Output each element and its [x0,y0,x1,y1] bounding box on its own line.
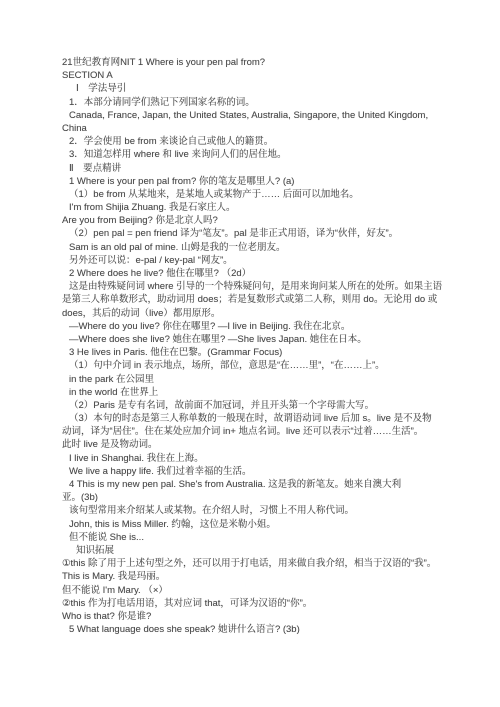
text-line-28: （3）本句的时态是第三人称单数的一般现在时，故谓语动词 live 后加 s。li… [62,412,462,425]
text-line-4: 1．本部分请同学们熟记下列国家名称的词。 [62,96,462,109]
text-line-29: 动词，译为“居住”。住在某处应加介词 in+ 地点名词。live 还可以表示“过… [62,425,462,438]
text-line-25: in the park 在公园里 [62,373,462,386]
text-line-15: Sam is an old pal of mine. 山姆是我的一位老朋友。 [62,241,462,254]
text-line-3: Ⅰ 学法导引 [62,82,462,95]
document-page: 21世纪教育网NIT 1 Where is your pen pal from?… [0,0,500,707]
text-line-6: China [62,122,462,135]
text-line-11: （1）be from 从某地来，是某地人或某物产于…… 后面可以加地名。 [62,188,462,201]
text-line-30: 此时 live 是及物动词。 [62,438,462,451]
text-line-14: （2）pen pal = pen friend 译为“笔友”。pal 是非正式用… [62,227,462,240]
text-line-27: （2）Paris 是专有名词，故前面不加冠词，并且开头第一个字母需大写。 [62,399,462,412]
text-line-10: 1 Where is your pen pal from? 你的笔友是哪里人? … [62,175,462,188]
text-line-41: 但不能说 I'm Mary. （×） [62,584,462,597]
text-line-31: I live in Shanghai. 我住在上海。 [62,452,462,465]
text-line-20: does，其后的动词（live）都用原形。 [62,307,462,320]
text-line-18: 这是由特殊疑问词 where 引导的一个特殊疑问句，是用来询问某人所在的处所。如… [62,280,462,293]
text-line-12: I'm from Shijia Zhuang. 我是石家庄人。 [62,201,462,214]
text-line-24: （1）句中介词 in 表示地点，场所，部位，意思是“在……里”，“在……上”。 [62,359,462,372]
text-line-39: ①this 除了用于上述句型之外，还可以用于打电话，用来做自我介绍，相当于汉语的… [62,557,462,570]
text-line-38: 知识拓展 [62,544,462,557]
text-line-21: —Where do you live? 你住在哪里? —I live in Be… [62,320,462,333]
text-line-7: 2．学会使用 be from 来谈论自己或他人的籍贯。 [62,135,462,148]
text-line-19: 是第三人称单数形式，助动词用 does；若是复数形式或第二人称，则用 do。无论… [62,293,462,306]
text-line-23: 3 He lives in Paris. 他住在巴黎。(Grammar Focu… [62,346,462,359]
text-line-5: Canada, France, Japan, the United States… [62,109,462,122]
text-line-34: 亚。(3b) [62,491,462,504]
text-line-37: 但不能说 She is... [62,531,462,544]
text-line-44: 5 What language does she speak? 她讲什么语言? … [62,623,462,636]
text-line-22: —Where does she live? 她住在哪里? —She lives … [62,333,462,346]
text-line-16: 另外还可以说：e-pal / key-pal “网友”。 [62,254,462,267]
text-line-33: 4 This is my new pen pal. She's from Aus… [62,478,462,491]
text-line-13: Are you from Beijing? 你是北京人吗? [62,214,462,227]
text-line-17: 2 Where does he live? 他住在哪里? （2d） [62,267,462,280]
text-line-9: Ⅱ 要点精讲 [62,162,462,175]
text-line-2: SECTION A [62,69,462,82]
text-line-35: 该句型常用来介绍某人或某物。在介绍人时，习惯上不用人称代词。 [62,504,462,517]
text-line-26: in the world 在世界上 [62,386,462,399]
text-line-1: 21世纪教育网NIT 1 Where is your pen pal from? [62,56,462,69]
text-line-40: This is Mary. 我是玛丽。 [62,570,462,583]
text-line-43: Who is that? 你是谁? [62,610,462,623]
text-line-36: John, this is Miss Miller. 约翰，这位是米勒小姐。 [62,518,462,531]
text-line-8: 3．知道怎样用 where 和 live 来询问人们的居住地。 [62,148,462,161]
text-line-42: ②this 作为打电话用语，其对应词 that，可译为汉语的“你”。 [62,597,462,610]
document-text-block: 21世纪教育网NIT 1 Where is your pen pal from?… [62,56,462,636]
text-line-32: We live a happy life. 我们过着幸福的生活。 [62,465,462,478]
